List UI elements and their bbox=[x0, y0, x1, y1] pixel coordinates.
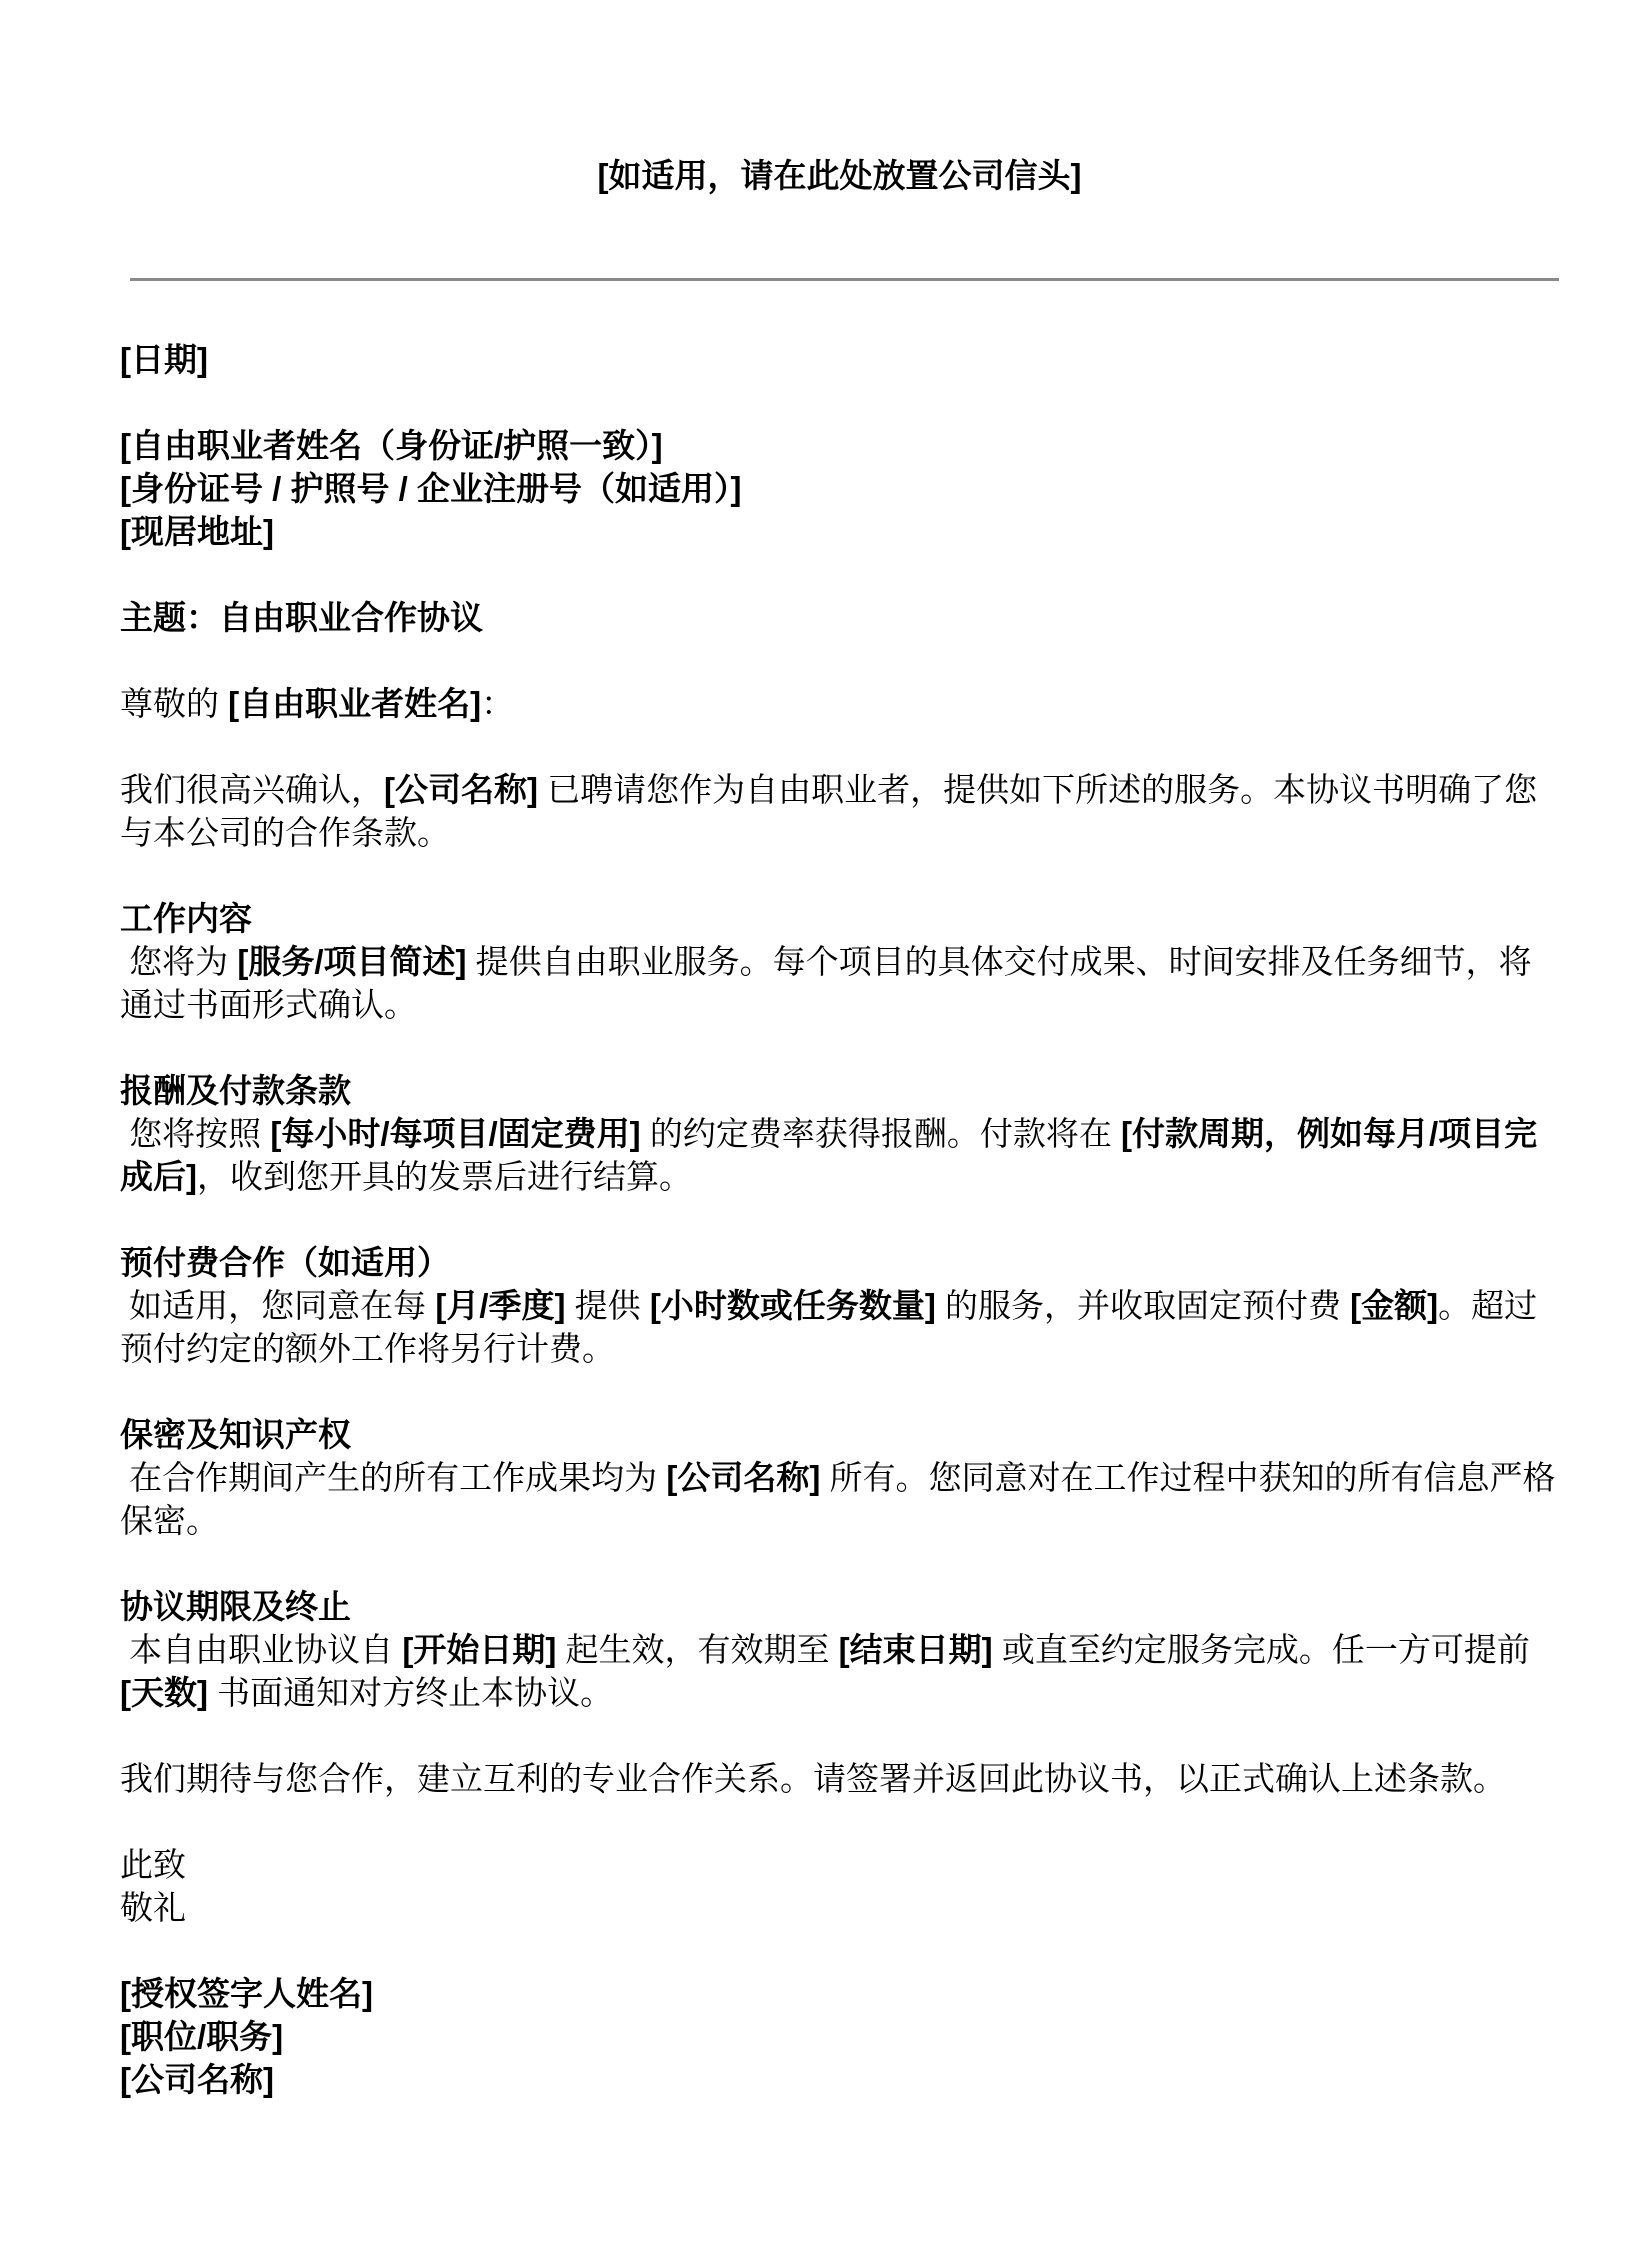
signer-name: [授权签字人姓名] bbox=[120, 1972, 1559, 2015]
section-heading: 报酬及付款条款 bbox=[120, 1069, 1559, 1112]
section-scope-of-work: 工作内容 您将为 [服务/项目简述] 提供自由职业服务。每个项目的具体交付成果、… bbox=[120, 897, 1559, 1026]
section-heading: 保密及知识产权 bbox=[120, 1413, 1559, 1456]
section-body: 如适用，您同意在每 [月/季度] 提供 [小时数或任务数量] 的服务，并收取固定… bbox=[120, 1284, 1559, 1370]
intro-paragraph: 我们很高兴确认，[公司名称] 已聘请您作为自由职业者，提供如下所述的服务。本协议… bbox=[120, 768, 1559, 854]
section-body: 您将按照 [每小时/每项目/固定费用] 的约定费率获得报酬。付款将在 [付款周期… bbox=[120, 1112, 1559, 1198]
section-compensation: 报酬及付款条款 您将按照 [每小时/每项目/固定费用] 的约定费率获得报酬。付款… bbox=[120, 1069, 1559, 1198]
valediction-line-2: 敬礼 bbox=[120, 1886, 1559, 1929]
recipient-address: [现居地址] bbox=[120, 510, 1559, 553]
document-page: [如适用，请在此处放置公司信头] [日期] [自由职业者姓名（身份证/护照一致）… bbox=[0, 0, 1634, 2250]
section-term-termination: 协议期限及终止 本自由职业协议自 [开始日期] 起生效，有效期至 [结束日期] … bbox=[120, 1585, 1559, 1714]
horizontal-divider bbox=[130, 278, 1559, 281]
salutation: 尊敬的 [自由职业者姓名]： bbox=[120, 682, 1559, 725]
signer-title: [职位/职务] bbox=[120, 2015, 1559, 2058]
date-line: [日期] bbox=[120, 338, 1559, 381]
section-body: 本自由职业协议自 [开始日期] 起生效，有效期至 [结束日期] 或直至约定服务完… bbox=[120, 1628, 1559, 1714]
subject-line: 主题：自由职业合作协议 bbox=[120, 596, 1559, 639]
section-body: 您将为 [服务/项目简述] 提供自由职业服务。每个项目的具体交付成果、时间安排及… bbox=[120, 940, 1559, 1026]
signature-block: [授权签字人姓名] [职位/职务] [公司名称] bbox=[120, 1972, 1559, 2101]
section-heading: 工作内容 bbox=[120, 897, 1559, 940]
recipient-block: [自由职业者姓名（身份证/护照一致）] [身份证号 / 护照号 / 企业注册号（… bbox=[120, 424, 1559, 553]
valediction-line-1: 此致 bbox=[120, 1843, 1559, 1886]
valediction-block: 此致 敬礼 bbox=[120, 1843, 1559, 1929]
recipient-name: [自由职业者姓名（身份证/护照一致）] bbox=[120, 424, 1559, 467]
signer-company: [公司名称] bbox=[120, 2058, 1559, 2101]
section-heading: 协议期限及终止 bbox=[120, 1585, 1559, 1628]
closing-paragraph: 我们期待与您合作，建立互利的专业合作关系。请签署并返回此协议书，以正式确认上述条… bbox=[120, 1757, 1559, 1800]
section-retainer: 预付费合作（如适用） 如适用，您同意在每 [月/季度] 提供 [小时数或任务数量… bbox=[120, 1241, 1559, 1370]
recipient-id-number: [身份证号 / 护照号 / 企业注册号（如适用）] bbox=[120, 467, 1559, 510]
letterhead-placeholder: [如适用，请在此处放置公司信头] bbox=[120, 154, 1559, 197]
section-body: 在合作期间产生的所有工作成果均为 [公司名称] 所有。您同意对在工作过程中获知的… bbox=[120, 1456, 1559, 1542]
section-confidentiality-ip: 保密及知识产权 在合作期间产生的所有工作成果均为 [公司名称] 所有。您同意对在… bbox=[120, 1413, 1559, 1542]
section-heading: 预付费合作（如适用） bbox=[120, 1241, 1559, 1284]
